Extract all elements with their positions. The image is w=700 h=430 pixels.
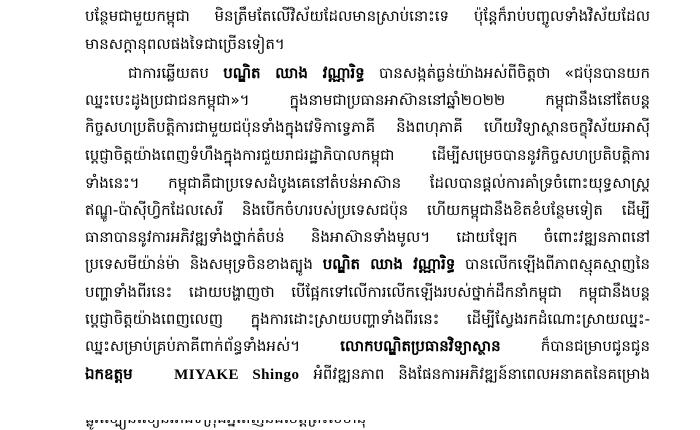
paragraph-2-line-4: ប្តេជ្ញាចិត្តយ៉ាងពេញទំហឹងក្នុងការជួយរាជរ… xyxy=(85,143,650,167)
text: បានលើកឡើងពីភាពស្មុគស្មាញនៃ xyxy=(455,255,650,273)
paragraph-2-line-12: ឯកឧត្តម MIYAKE Shingo អំពីវឌ្ឍនភាព និងផែ… xyxy=(85,362,650,386)
paragraph-2-line-8: ប្រទេសមីយ៉ាន់ម៉ា និងសមុទ្រចិនខាងត្បូង បណ… xyxy=(85,252,650,276)
paragraph-2-line-6: ឥណ្ឌូ-ប៉ាស៊ីហ្វិកដែលសេរី និងបើកចំហរបស់ប្… xyxy=(85,198,650,222)
paragraph-1-line-1: បន្ថែមជាមួយកម្ពុជា មិនត្រឹមតែលើវិស័យដែលម… xyxy=(85,4,650,28)
bold-person-name: បណ្ឌិត ឈាង វណ្ណារិទ្ធ xyxy=(223,64,365,82)
paragraph-2-line-9: បញ្ហាទាំងពីរនេះ ដោយបង្ហាញថា បើផ្អែកទៅលើក… xyxy=(85,280,650,304)
paragraph-2-line-13-cutoff: ផ្លូវល្បឿនលឿនរវាងទីក្រុងភ្នំពេញនិងខេត្តព… xyxy=(85,420,650,430)
text: ប្រទេសមីយ៉ាន់ម៉ា និងសមុទ្រចិនខាងត្បូង xyxy=(85,255,323,273)
paragraph-2-line-11: ឈ្នះសម្រាប់គ្រប់ភាគីពាក់ព័ន្ធទាំងអស់។ លោ… xyxy=(85,334,650,358)
paragraph-2-line-1: ជាការឆ្លើយតប បណ្ឌិត ឈាង វណ្ណារិទ្ធ បានសង… xyxy=(128,61,650,85)
paragraph-2-line-2: ឈ្នះបេះដូងប្រជាជនកម្ពុជា»។ ក្នុងនាមជាប្រ… xyxy=(85,88,650,112)
text: បានសង្កត់ធ្ងន់យ៉ាងអស់ពីចិត្តថា «ជប៉ុនបាន… xyxy=(365,64,650,82)
bold-institute-president-title: លោកបណ្ឌិតប្រធានវិទ្យាស្ថាន xyxy=(340,337,500,355)
text: ផ្លូវល្បឿនលឿនរវាងទីក្រុងភ្នំពេញនិងខេត្តព… xyxy=(85,420,650,430)
text: ក៏បានជម្រាបជូនជូន xyxy=(501,337,650,355)
bold-honorific: ឯកឧត្តម xyxy=(85,365,133,383)
bold-person-name: បណ្ឌិត ឈាង វណ្ណារិទ្ធ xyxy=(323,255,456,273)
paragraph-2-line-10: ប្តេជ្ញាចិត្តយ៉ាងពេញលេញ ក្នុងការដោះស្រាយ… xyxy=(85,307,650,331)
document-page: បន្ថែមជាមួយកម្ពុជា មិនត្រឹមតែលើវិស័យដែលម… xyxy=(0,0,700,430)
paragraph-2-line-3: កិច្ចសហប្រតិបត្តិការជាមួយជប៉ុនទាំងក្នុងវ… xyxy=(85,115,650,139)
paragraph-1-line-2: មានសក្តានុពលផងទៃជាច្រើនទៀត។ xyxy=(85,32,650,56)
text: ជាការឆ្លើយតប xyxy=(128,64,223,82)
paragraph-2-line-5: ទាំងនេះ។ កម្ពុជាគឺជាប្រទេសដំបូងគេនៅតំបន់… xyxy=(85,171,650,195)
paragraph-2-line-7: ធានាបាននូវការអភិវឌ្ឍទាំងថ្នាក់តំបន់ និងអ… xyxy=(85,225,650,249)
text: អំពីវឌ្ឍនភាព និងផែនការអភិវឌ្ឍន៍នាពេលអនាគ… xyxy=(300,365,650,383)
ambassador-name: MIYAKE Shingo xyxy=(174,367,299,383)
text: ឈ្នះសម្រាប់គ្រប់ភាគីពាក់ព័ន្ធទាំងអស់។ xyxy=(85,337,340,355)
